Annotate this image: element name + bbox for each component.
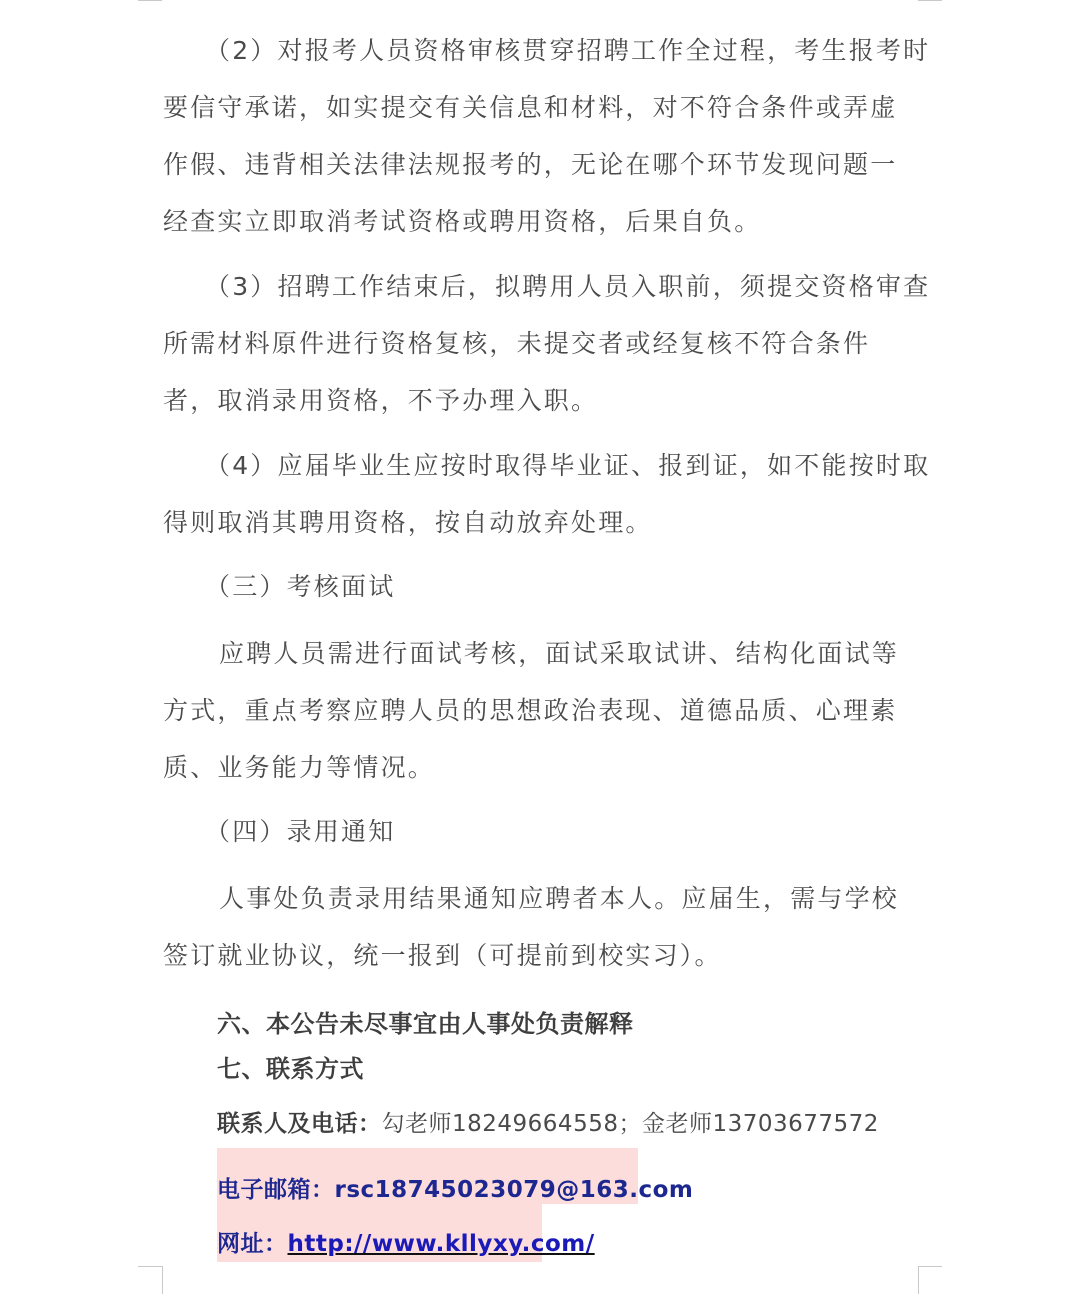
text-line: 得则取消其聘用资格，按自动放弃处理。 <box>163 494 915 551</box>
text-line: 所需材料原件进行资格复核，未提交者或经复核不符合条件 <box>163 315 915 372</box>
phone-value: 勾老师18249664558；金老师13703677572 <box>382 1111 879 1137</box>
heading-notice: （四）录用通知 <box>163 803 915 860</box>
paragraph-interview: 应聘人员需进行面试考核，面试采取试讲、结构化面试等 方式，重点考察应聘人员的思想… <box>163 625 915 796</box>
paragraph-notice: 人事处负责录用结果通知应聘者本人。应届生，需与学校 签订就业协议，统一报到（可提… <box>163 870 915 984</box>
text-line: 作假、违背相关法律法规报考的，无论在哪个环节发现问题一 <box>163 136 915 193</box>
section-6-heading: 六、本公告未尽事宜由人事处负责解释 <box>217 1004 634 1039</box>
email-label: 电子邮箱： <box>217 1177 335 1203</box>
text-line: （2）对报考人员资格审核贯穿招聘工作全过程，考生报考时 <box>163 22 915 79</box>
crop-mark-bottom-right-v <box>918 1266 919 1294</box>
text-line: （4）应届毕业生应按时取得毕业证、报到证，如不能按时取 <box>163 437 915 494</box>
contact-website: 网址：http://www.kllyxy.com/ <box>217 1204 542 1262</box>
text-line: 要信守承诺，如实提交有关信息和材料，对不符合条件或弄虚 <box>163 79 915 136</box>
crop-mark-bottom-left-v <box>162 1266 163 1294</box>
text-line: 应聘人员需进行面试考核，面试采取试讲、结构化面试等 <box>163 625 915 682</box>
crop-mark-top-right <box>918 0 942 1</box>
contact-email: 电子邮箱：rsc18745023079@163.com <box>217 1148 638 1204</box>
text-line: 质、业务能力等情况。 <box>163 739 915 796</box>
paragraph-3: （3）招聘工作结束后，拟聘用人员入职前，须提交资格审查 所需材料原件进行资格复核… <box>163 258 915 429</box>
crop-mark-bottom-left-h <box>138 1266 162 1267</box>
website-link[interactable]: http://www.kllyxy.com/ <box>288 1231 595 1257</box>
section-heading: （三）考核面试 <box>163 558 915 615</box>
crop-mark-top-left <box>138 0 162 1</box>
text-line: 签订就业协议，统一报到（可提前到校实习）。 <box>163 927 915 984</box>
section-7-heading: 七、联系方式 <box>217 1049 364 1084</box>
text-line: （3）招聘工作结束后，拟聘用人员入职前，须提交资格审查 <box>163 258 915 315</box>
heading-interview: （三）考核面试 <box>163 558 915 615</box>
text-line: 方式，重点考察应聘人员的思想政治表现、道德品质、心理素 <box>163 682 915 739</box>
section-heading: （四）录用通知 <box>163 803 915 860</box>
text-line: 经查实立即取消考试资格或聘用资格，后果自负。 <box>163 193 915 250</box>
text-line: 者，取消录用资格，不予办理入职。 <box>163 372 915 429</box>
url-label: 网址： <box>217 1231 288 1257</box>
text-line: 人事处负责录用结果通知应聘者本人。应届生，需与学校 <box>163 870 915 927</box>
paragraph-2: （2）对报考人员资格审核贯穿招聘工作全过程，考生报考时 要信守承诺，如实提交有关… <box>163 22 915 250</box>
contact-phone: 联系人及电话：勾老师18249664558；金老师13703677572 <box>217 1105 879 1138</box>
paragraph-4: （4）应届毕业生应按时取得毕业证、报到证，如不能按时取 得则取消其聘用资格，按自… <box>163 437 915 551</box>
email-value[interactable]: rsc18745023079@163.com <box>335 1177 694 1203</box>
phone-label: 联系人及电话： <box>217 1111 382 1137</box>
crop-mark-bottom-right-h <box>918 1266 942 1267</box>
